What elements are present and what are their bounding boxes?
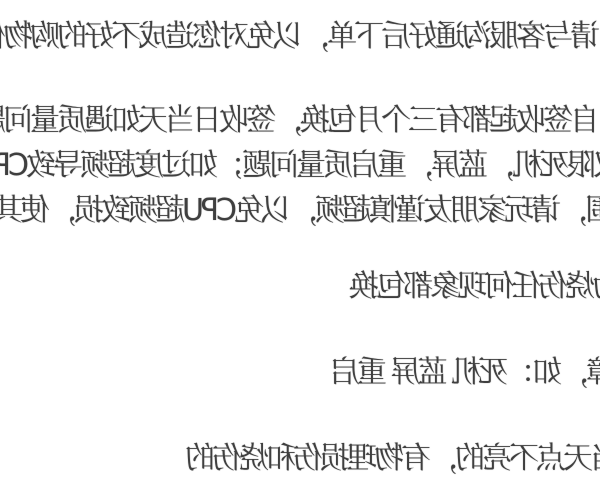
mirrored-text-line-5: 人为烧伤任何现象都包换 [352,269,600,305]
mirrored-content-pane: 请与客服沟通好后下单，以免对您造成不好的购物体验 自签收起都有三个月包换，签收日… [0,0,600,500]
mirrored-text-line-6: 故障，如：死机 蓝屏 重启 [333,355,600,391]
mirrored-text-line-3: 仅限死机，蓝屏，重启质量问题；如过度超频导致CPU [0,148,600,184]
mirrored-text-line-2: 自签收起都有三个月包换，签收日当天如遇质量问题 [0,103,600,139]
screenshot-canvas: 请与客服沟通好后下单，以免对您造成不好的购物体验 自签收起都有三个月包换，签收日… [0,0,600,500]
mirrored-text-line-7: 当天点不亮的，有物理损伤和烧伤的 [188,441,600,477]
mirrored-text-line-1: 请与客服沟通好后下单，以免对您造成不好的购物体验 [0,19,600,55]
mirrored-text-line-4: 超出范围，请玩家朋友谨慎超频，以免CPU超频致损，使其超 [0,193,600,229]
